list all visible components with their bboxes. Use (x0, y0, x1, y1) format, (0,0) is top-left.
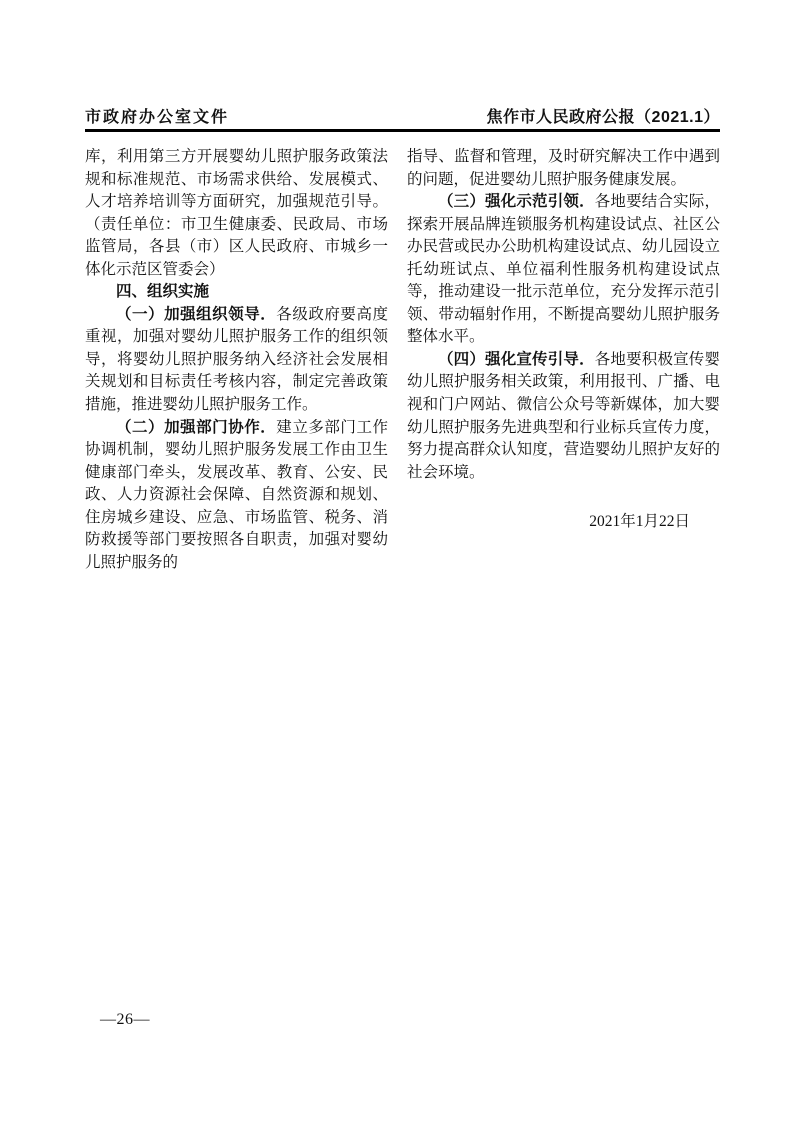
two-column-body: 库，利用第三方开展婴幼儿照护服务政策法规和标准规范、市场需求供给、发展模式、人才… (85, 146, 720, 574)
page-number: —26— (100, 1011, 150, 1029)
paragraph: （一）加强组织领导．各级政府要高度重视，加强对婴幼儿照护服务工作的组织领导，将婴… (85, 304, 388, 417)
paragraph: （三）强化示范引领．各地要结合实际，探索开展品牌连锁服务机构建设试点、社区公办民… (407, 191, 720, 349)
signature-date: 2021年1月22日 (407, 511, 720, 534)
paragraph: （二）加强部门协作．建立多部门工作协调机制，婴幼儿照护服务发展工作由卫生健康部门… (85, 417, 388, 575)
section-heading: 四、组织实施 (85, 281, 388, 304)
paragraph: （四）强化宣传引导．各地要积极宣传婴幼儿照护服务相关政策，利用报刊、广播、电视和… (407, 349, 720, 484)
header-rule (85, 129, 720, 132)
paragraph-lead: （二）加强部门协作． (116, 419, 276, 436)
paragraph-continuation: 库，利用第三方开展婴幼儿照护服务政策法规和标准规范、市场需求供给、发展模式、人才… (85, 146, 388, 281)
page-header: 市政府办公室文件 焦作市人民政府公报（2021.1） (85, 104, 720, 127)
paragraph-text: 各地要结合实际，探索开展品牌连锁服务机构建设试点、社区公办民营或民办公助机构建设… (407, 193, 720, 345)
paragraph-lead: （四）强化宣传引导． (438, 351, 595, 368)
paragraph-text: 建立多部门工作协调机制，婴幼儿照护服务发展工作由卫生健康部门牵头，发展改革、教育… (85, 419, 388, 571)
paragraph-continuation: 指导、监督和管理，及时研究解决工作中遇到的问题，促进婴幼儿照护服务健康发展。 (407, 146, 720, 191)
header-right-title: 焦作市人民政府公报（2021.1） (487, 104, 720, 127)
paragraph-lead: （三）强化示范引领． (438, 193, 595, 210)
left-column: 库，利用第三方开展婴幼儿照护服务政策法规和标准规范、市场需求供给、发展模式、人才… (85, 146, 388, 574)
right-column: 指导、监督和管理，及时研究解决工作中遇到的问题，促进婴幼儿照护服务健康发展。 （… (407, 146, 720, 574)
paragraph-text: 各地要积极宣传婴幼儿照护服务相关政策，利用报刊、广播、电视和门户网站、微信公众号… (407, 351, 720, 481)
paragraph-lead: （一）加强组织领导． (116, 306, 276, 323)
header-left-title: 市政府办公室文件 (85, 104, 229, 127)
gazette-page: 市政府办公室文件 焦作市人民政府公报（2021.1） 库，利用第三方开展婴幼儿照… (0, 0, 793, 1122)
